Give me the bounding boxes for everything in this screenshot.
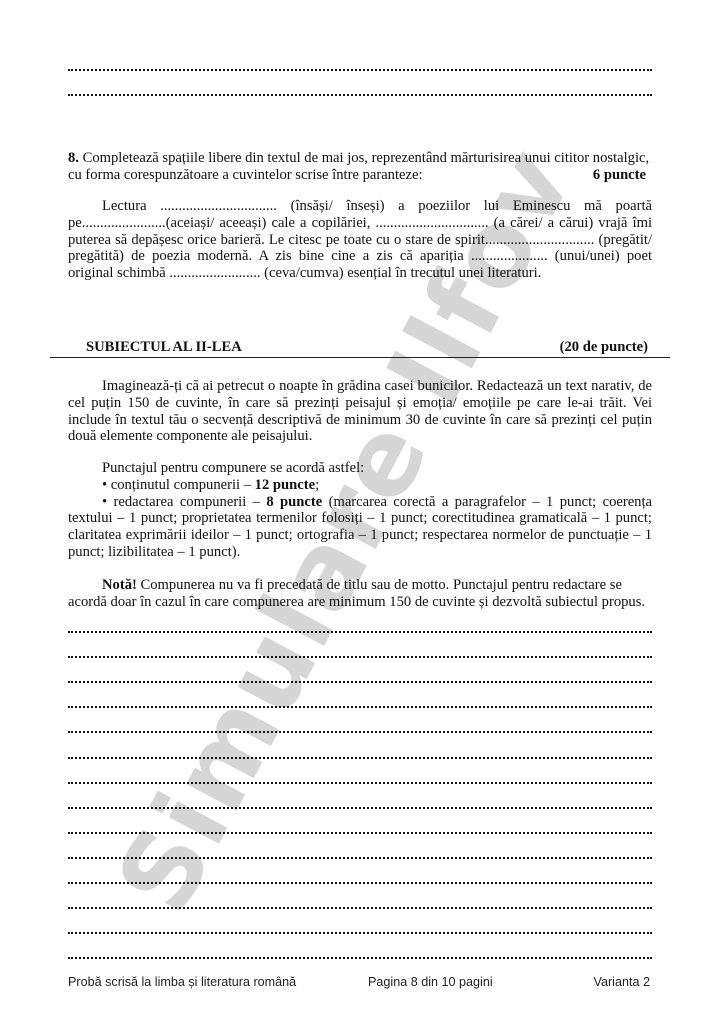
question-8-instruction-line1: 8. Completează spațiile libere din textu… [68,150,652,167]
answer-line[interactable] [68,857,652,859]
answer-line[interactable] [68,907,652,909]
note-label: Notă! [102,577,137,593]
answer-line[interactable] [68,882,652,884]
answer-line[interactable] [68,69,652,71]
section-2-task: Imaginează-ți că ai petrecut o noapte în… [68,378,652,445]
scoring-intro: Punctajul pentru compunere se acordă ast… [68,460,652,477]
answer-line[interactable] [68,782,652,784]
answer-line[interactable] [68,932,652,934]
question-number: 8. [68,150,79,166]
section-divider [50,357,670,358]
answer-line[interactable] [68,757,652,759]
answer-line[interactable] [68,681,652,683]
answer-line[interactable] [68,656,652,658]
page-content: 8. Completează spațiile libere din textu… [0,0,724,1024]
note-text: Compunerea nu va fi precedată de titlu s… [68,577,645,610]
fill-line-3: puterea să depășesc orice barieră. Le ci… [68,232,652,249]
fill-line-2: pe.......................(aceiași/ aceea… [68,215,652,232]
fill-line-5: original schimbă .......................… [68,265,652,282]
answer-line[interactable] [68,94,652,96]
section-2-points: (20 de puncte) [560,339,648,356]
answer-line[interactable] [68,957,652,959]
exam-page: Simulare Ilfov 8. Completează spațiile l… [0,0,724,1024]
answer-line[interactable] [68,832,652,834]
question-8-points: 6 puncte [593,167,646,184]
answer-line[interactable] [68,631,652,633]
footer-page-number: Pagina 8 din 10 pagini [368,975,493,989]
fill-line-1: Lectura ................................… [68,198,652,215]
note: Notă! Compunerea nu va fi precedată de t… [68,577,652,611]
section-2-header: SUBIECTUL AL II-LEA (20 de puncte) [86,339,648,356]
fill-line-4: pregătită) de poezia modernă. A zis bine… [68,248,652,265]
section-2-title: SUBIECTUL AL II-LEA [86,339,242,356]
answer-line[interactable] [68,706,652,708]
scoring-item-content: • conținutul compunerii – 12 puncte; [68,477,652,494]
question-8-instruction-line2: cu forma corespunzătoare a cuvintelor sc… [68,167,652,184]
footer-variant: Varianta 2 [594,975,650,989]
question-8: 8. Completează spațiile libere din textu… [68,150,652,184]
fill-in-text: Lectura ................................… [68,198,652,282]
answer-line[interactable] [68,731,652,733]
scoring-item-writing: • redactarea compunerii – 8 puncte (marc… [68,494,652,561]
footer-exam-name: Probă scrisă la limba și literatura româ… [68,975,296,989]
scoring-criteria: Punctajul pentru compunere se acordă ast… [68,460,652,561]
answer-line[interactable] [68,807,652,809]
